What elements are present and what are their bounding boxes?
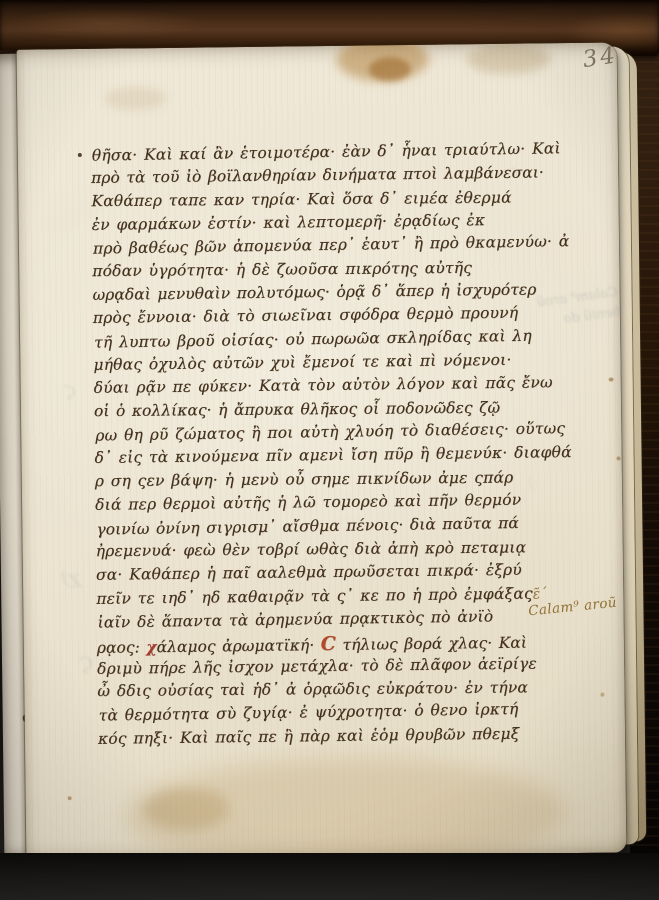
table-surface [0,853,659,900]
show-through-stroke: ς [79,646,95,675]
marginal-gloss-calamus: ε̃΄ Calam⁹ aroũ [526,579,618,620]
show-through-stroke: χ) [60,564,82,590]
text-line: Καθάπερ ταπε καν τηρία· Καὶ ὅσα δ᾽ ειμέα… [91,188,511,215]
text-line: ρ ση ςεν βάψη· ἡ μενὺ οὖ σημε πικνίδων ἀ… [95,468,515,495]
ink-stain [336,42,429,81]
book-block: ϛ χ) ς ε~ ·) Calam⁹ aroũ beniũ do 34 θῆσ… [0,0,659,900]
ink-speck [600,693,604,697]
folio-number: 34 [581,42,620,73]
ink-speck [617,456,621,460]
ink-speck [609,378,614,382]
entry-post-text: τήλιως βορά χλας· Καὶ [336,634,527,654]
text-line: ἠρεμενυά· φεὼ θὲν τοβρί ωθὰς διὰ ἀπὴ κρὸ… [96,538,516,565]
manuscript-page: ϛ χ) ς ε~ ·) Calam⁹ aroũ beniũ do 34 θῆσ… [17,42,627,859]
text-line: πόδαν ὑγρότητα· ἡ δὲ ζωοῦσα πικρότης αὐτ… [92,258,512,285]
damp-stain [103,86,167,111]
red-initial-chi: χ [146,638,156,656]
ink-stain [369,57,411,82]
damp-stain [144,787,231,830]
show-through-stroke: ϛ [64,377,78,402]
ink-speck [68,796,72,800]
damp-stain [125,755,566,860]
entry-mid-text: άλαμος ἀρωματϊκή· [156,636,320,656]
ink-speck [78,153,82,157]
manuscript-photo: ϛ χ) ς ε~ ·) Calam⁹ aroũ beniũ do 34 θῆσ… [0,0,659,900]
red-initial-lunate-sigma: Ϲ [321,633,337,655]
text-block: θῆσα· Καὶ καί ἂν ἑτοιμοτέρα· ἐὰν δ᾽ ἧναι… [91,141,518,753]
show-through-stroke: ·) [527,473,539,492]
entry-pre-text: ρᾳος: [97,638,147,657]
ink-stain [467,43,551,74]
